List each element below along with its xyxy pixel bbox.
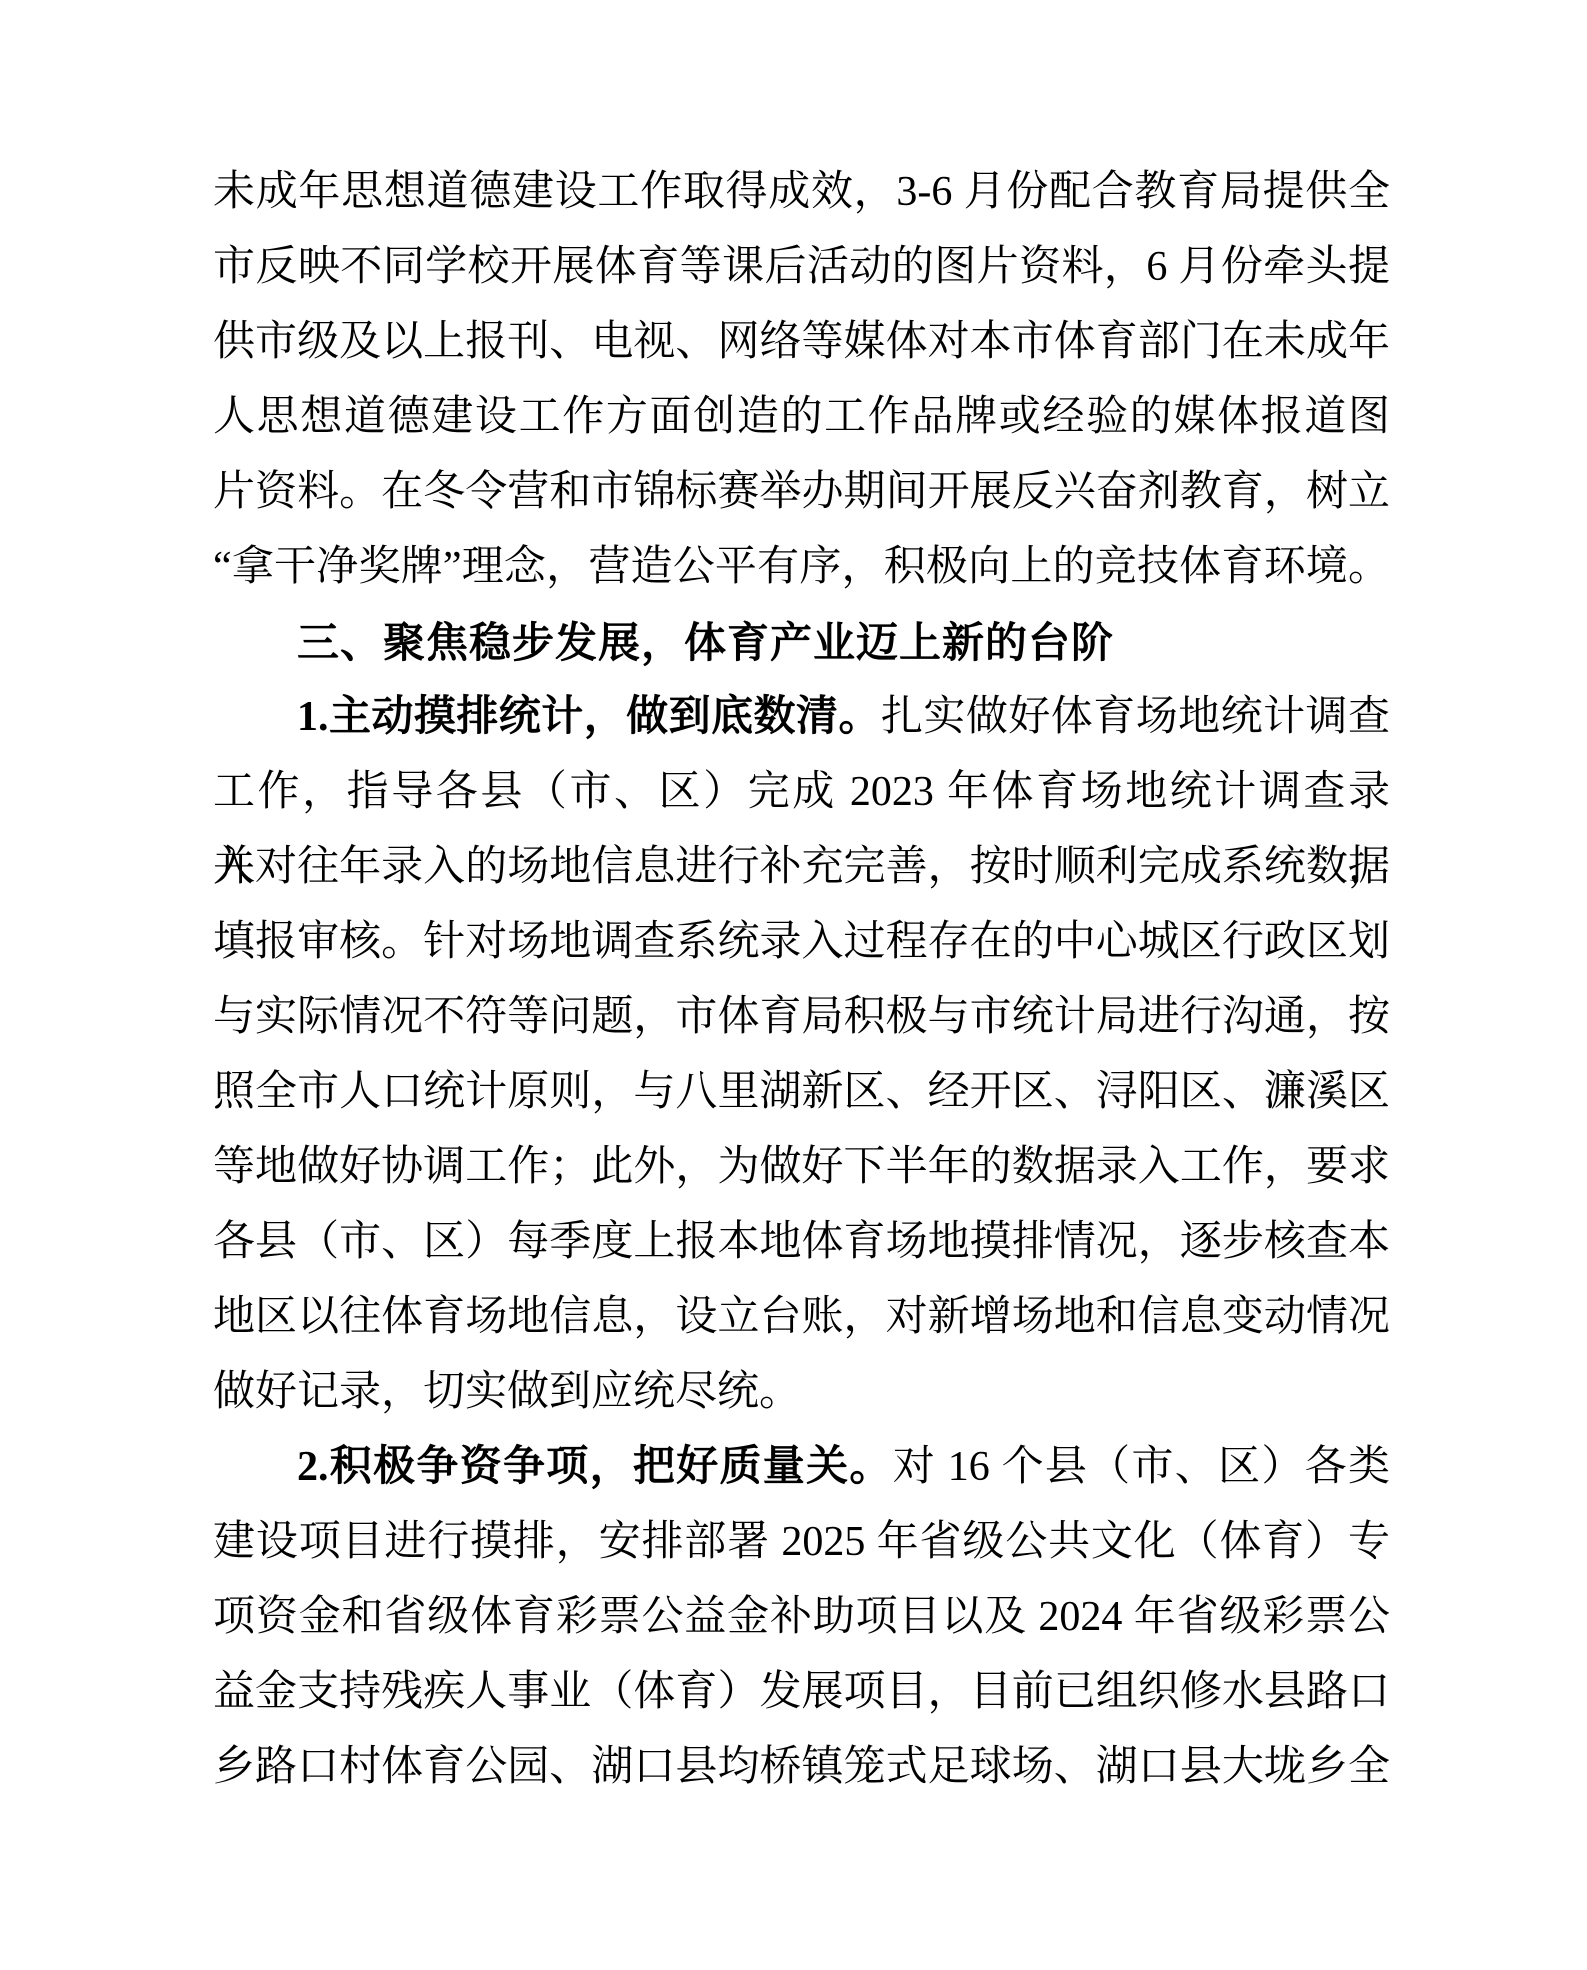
text-line: 片资料。在冬令营和市锦标赛举办期间开展反兴奋剂教育，树立 bbox=[213, 455, 1390, 530]
body-text: 未成年思想道德建设工作取得成效，3-6 月份配合教育局提供全 bbox=[213, 169, 1390, 215]
text-line: 与实际情况不符等问题，市体育局积极与市统计局进行沟通，按 bbox=[213, 980, 1390, 1055]
text-line: 供市级及以上报刊、电视、网络等媒体对本市体育部门在未成年 bbox=[213, 305, 1390, 380]
text-line: 项资金和省级体育彩票公益金补助项目以及 2024 年省级彩票公 bbox=[213, 1580, 1390, 1655]
body-text: 做好记录，切实做到应统尽统。 bbox=[213, 1369, 801, 1415]
body-text: 供市级及以上报刊、电视、网络等媒体对本市体育部门在未成年 bbox=[213, 319, 1390, 365]
text-line: 乡路口村体育公园、湖口县均桥镇笼式足球场、湖口县大垅乡全 bbox=[213, 1730, 1390, 1805]
body-text: 与实际情况不符等问题，市体育局积极与市统计局进行沟通，按 bbox=[213, 994, 1390, 1040]
section-heading-line: 三、聚焦稳步发展，体育产业迈上新的台阶 bbox=[213, 605, 1390, 680]
body-text: 人思想道德建设工作方面创造的工作品牌或经验的媒体报道图 bbox=[213, 394, 1390, 440]
body-text: “拿干净奖牌”理念，营造公平有序，积极向上的竞技体育环境。 bbox=[213, 544, 1390, 590]
emphasis-sentence-text: 2.积极争资争项，把好质量关。 bbox=[297, 1444, 893, 1490]
text-line: 并对往年录入的场地信息进行补充完善，按时顺利完成系统数据 bbox=[213, 830, 1390, 905]
body-text: 扎实做好体育场地统计调查 bbox=[881, 694, 1390, 740]
body-text: 益金支持残疾人事业（体育）发展项目，目前已组织修水县路口 bbox=[213, 1669, 1390, 1715]
text-line: 未成年思想道德建设工作取得成效，3-6 月份配合教育局提供全 bbox=[213, 155, 1390, 230]
text-line: 建设项目进行摸排，安排部署 2025 年省级公共文化（体育）专 bbox=[213, 1505, 1390, 1580]
text-line: 益金支持残疾人事业（体育）发展项目，目前已组织修水县路口 bbox=[213, 1655, 1390, 1730]
text-line: 照全市人口统计原则，与八里湖新区、经开区、浔阳区、濂溪区 bbox=[213, 1055, 1390, 1130]
document-page: 未成年思想道德建设工作取得成效，3-6 月份配合教育局提供全市反映不同学校开展体… bbox=[0, 0, 1587, 1970]
text-line: 人思想道德建设工作方面创造的工作品牌或经验的媒体报道图 bbox=[213, 380, 1390, 455]
document-lines: 未成年思想道德建设工作取得成效，3-6 月份配合教育局提供全市反映不同学校开展体… bbox=[213, 155, 1390, 1805]
text-line: “拿干净奖牌”理念，营造公平有序，积极向上的竞技体育环境。 bbox=[213, 530, 1390, 605]
section-heading-text: 三、聚焦稳步发展，体育产业迈上新的台阶 bbox=[297, 619, 1114, 666]
body-text: 地区以往体育场地信息，设立台账，对新增场地和信息变动情况 bbox=[213, 1294, 1390, 1340]
text-line: 填报审核。针对场地调查系统录入过程存在的中心城区行政区划 bbox=[213, 905, 1390, 980]
body-text: 对 16 个县（市、区）各类 bbox=[893, 1444, 1390, 1490]
body-text: 填报审核。针对场地调查系统录入过程存在的中心城区行政区划 bbox=[213, 919, 1390, 965]
text-line: 地区以往体育场地信息，设立台账，对新增场地和信息变动情况 bbox=[213, 1280, 1390, 1355]
text-line: 市反映不同学校开展体育等课后活动的图片资料，6 月份牵头提 bbox=[213, 230, 1390, 305]
text-line: 各县（市、区）每季度上报本地体育场地摸排情况，逐步核查本 bbox=[213, 1205, 1390, 1280]
body-text: 项资金和省级体育彩票公益金补助项目以及 2024 年省级彩票公 bbox=[213, 1594, 1390, 1640]
text-line: 1.主动摸排统计，做到底数清。扎实做好体育场地统计调查 bbox=[213, 680, 1390, 755]
text-line: 等地做好协调工作；此外，为做好下半年的数据录入工作，要求 bbox=[213, 1130, 1390, 1205]
body-text: 建设项目进行摸排，安排部署 2025 年省级公共文化（体育）专 bbox=[213, 1519, 1390, 1565]
text-line: 做好记录，切实做到应统尽统。 bbox=[213, 1355, 1390, 1430]
text-line: 2.积极争资争项，把好质量关。对 16 个县（市、区）各类 bbox=[213, 1430, 1390, 1505]
body-text: 片资料。在冬令营和市锦标赛举办期间开展反兴奋剂教育，树立 bbox=[213, 469, 1390, 515]
body-text: 乡路口村体育公园、湖口县均桥镇笼式足球场、湖口县大垅乡全 bbox=[213, 1744, 1390, 1790]
body-text: 各县（市、区）每季度上报本地体育场地摸排情况，逐步核查本 bbox=[213, 1219, 1390, 1265]
body-text: 并对往年录入的场地信息进行补充完善，按时顺利完成系统数据 bbox=[213, 844, 1390, 890]
text-line: 工作，指导各县（市、区）完成 2023 年体育场地统计调查录入， bbox=[213, 755, 1390, 830]
body-text: 等地做好协调工作；此外，为做好下半年的数据录入工作，要求 bbox=[213, 1144, 1390, 1190]
body-text: 市反映不同学校开展体育等课后活动的图片资料，6 月份牵头提 bbox=[213, 244, 1390, 290]
body-text: 照全市人口统计原则，与八里湖新区、经开区、浔阳区、濂溪区 bbox=[213, 1069, 1390, 1115]
emphasis-sentence-text: 1.主动摸排统计，做到底数清。 bbox=[297, 694, 881, 740]
